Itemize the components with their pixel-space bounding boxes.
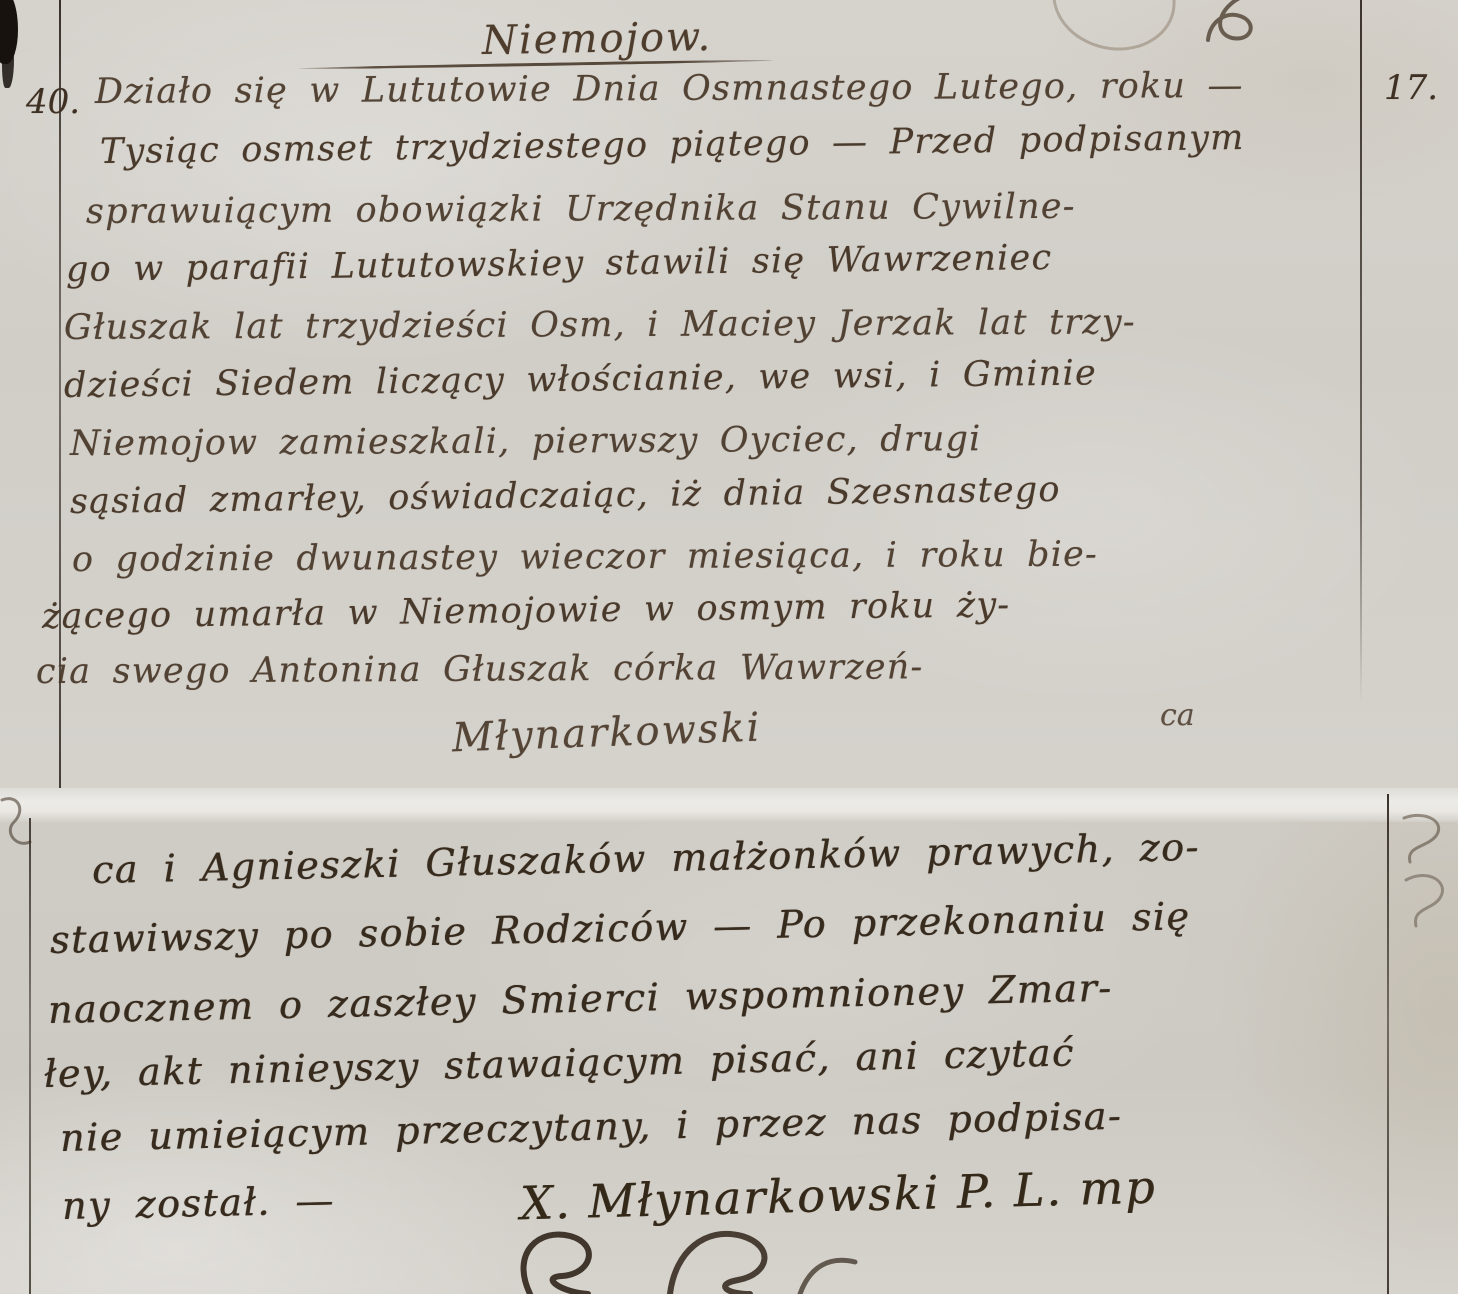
- catchword: ca: [1160, 698, 1195, 733]
- edge-writing-fragment-left: [0, 792, 42, 862]
- manuscript-page: Niemojow. 40. 17. Działo się w Lututowie…: [0, 0, 1458, 1294]
- scan-divider-band: [0, 788, 1458, 822]
- manuscript-line: Niemojow zamieszkali, pierwszy Oyciec, d…: [70, 419, 982, 464]
- right-margin-rule: [1360, 0, 1362, 705]
- marginal-page-number: 17.: [1384, 68, 1438, 108]
- cut-off-signature-bottom: [470, 1222, 890, 1294]
- manuscript-line: Działo się w Lututowie Dnia Osmnastego L…: [95, 66, 1244, 112]
- lower-left-margin-rule: [29, 818, 31, 1294]
- record-number: 40.: [26, 82, 80, 122]
- manuscript-line: ny został. —: [62, 1178, 336, 1228]
- village-heading: Niemojow.: [482, 14, 713, 64]
- manuscript-line: Głuszak lat trzydzieści Osm, i Maciey Je…: [64, 302, 1136, 348]
- lower-right-margin-rule: [1387, 794, 1389, 1294]
- manuscript-line: cia swego Antonina Głuszak córka Wawrzeń…: [36, 647, 924, 692]
- cut-off-flourish-top-right: [1180, 0, 1270, 44]
- edge-writing-fragment-right: [1396, 808, 1458, 948]
- manuscript-line: sprawuiącym obowiązki Urzędnika Stanu Cy…: [86, 187, 1076, 232]
- manuscript-line: o godzinie dwunastey wieczor miesiąca, i…: [72, 535, 1098, 580]
